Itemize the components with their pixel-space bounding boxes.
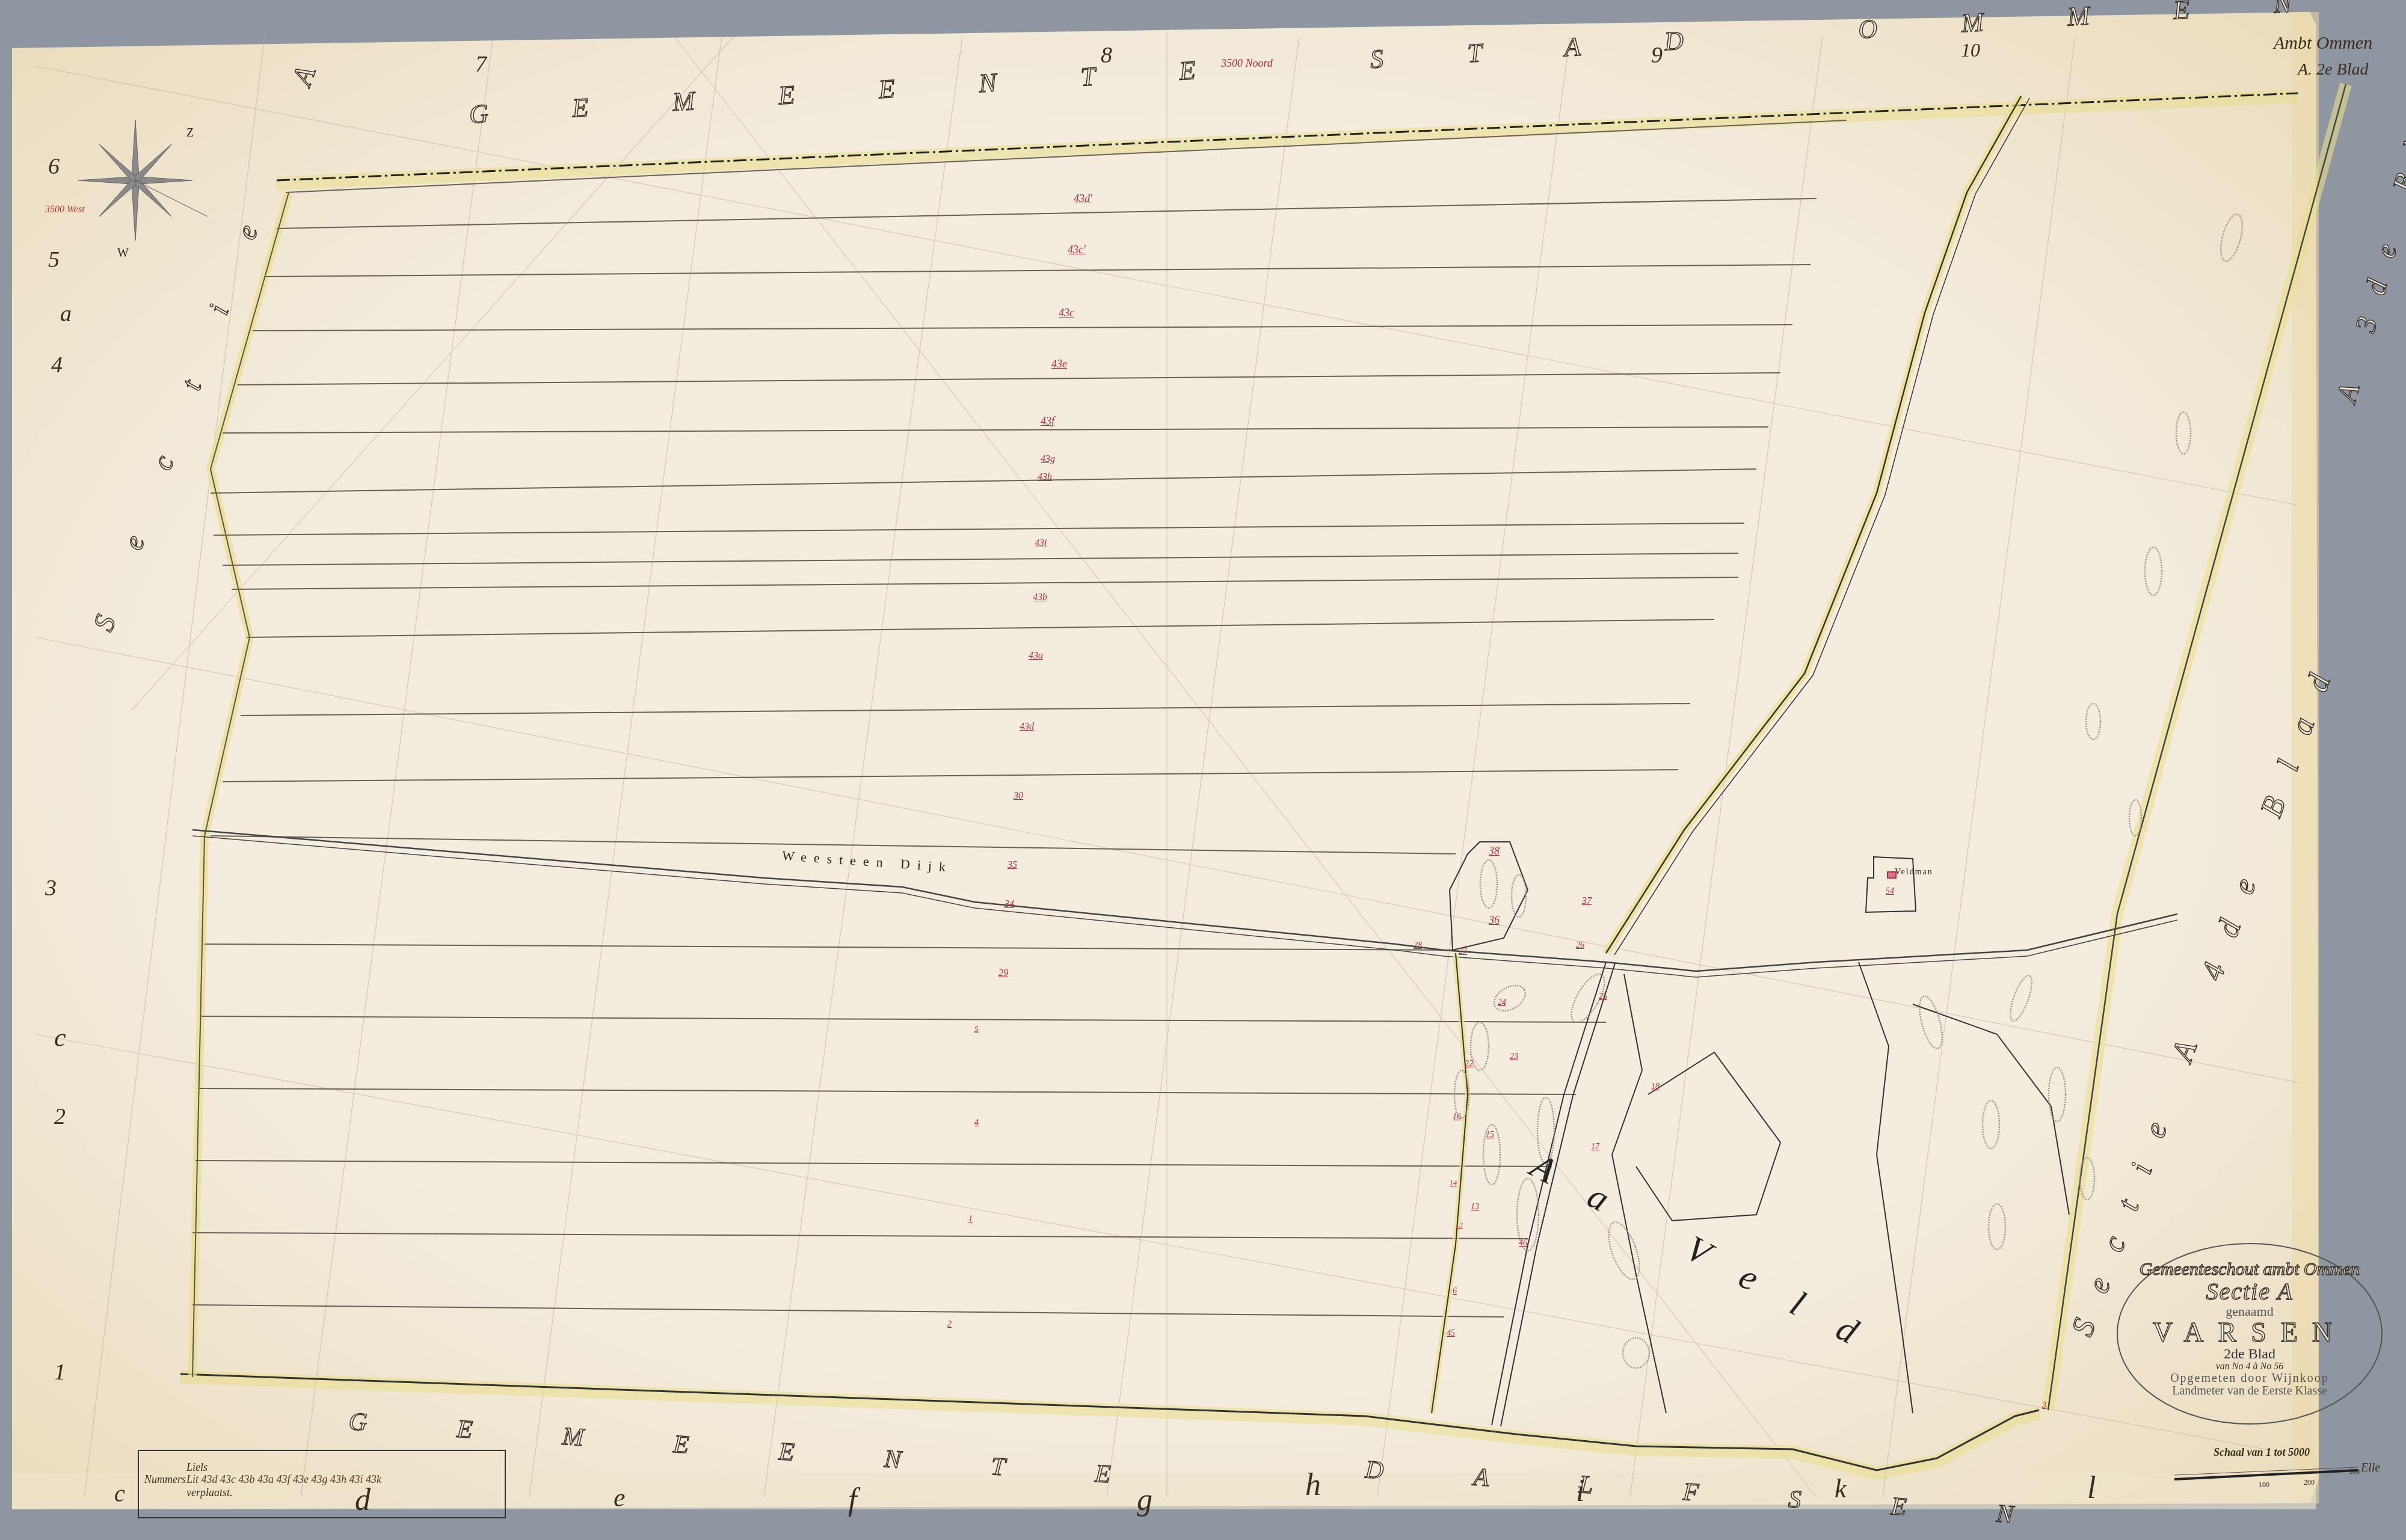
parcel-number: 27 [1459, 947, 1467, 957]
grid-number-top-8: 8 [1101, 42, 1112, 69]
cartouche-surveyor-title: Landmeter van de Eerste Klasse [2123, 1385, 2376, 1397]
grid-letter-bottom-i: i [1576, 1473, 1584, 1509]
legend-line-3: verplaatst. [186, 1486, 233, 1499]
parcel-number: 17 [1591, 1143, 1599, 1152]
paper-sheet [12, 12, 2319, 1509]
grid-number-top-7: 7 [475, 51, 487, 78]
parcel-number: 46 [1519, 1239, 1527, 1248]
distance-note-west: 3500 West [45, 204, 85, 215]
parcel-number: 43i [1035, 538, 1047, 549]
cartouche-title: Gemeenteschout ambt Ommen [2123, 1260, 2376, 1279]
parcel-number: 45 [1447, 1329, 1455, 1339]
parcel-number: 43b [1033, 592, 1047, 603]
legend-line-2: Lit 43d 43c 43b 43a 43f 43e 43g 43h 43i … [186, 1473, 381, 1486]
grid-number-left-2: 2 [54, 1103, 66, 1130]
parcel-number: 5 [974, 1025, 979, 1035]
title-cartouche: Gemeenteschout ambt Ommen Sectie A genaa… [2123, 1236, 2376, 1416]
distance-note-north: 3500 Noord [1221, 57, 1273, 70]
parcel-number: 26 [1576, 941, 1584, 951]
corner-label-sheet: A. 2e Blad [2298, 60, 2368, 79]
parcel-number: 3 [2042, 1401, 2046, 1411]
parcel-number: 29 [998, 968, 1008, 979]
cartouche-sectie: Sectie A [2123, 1279, 2376, 1304]
parcel-number: 23 [1510, 1052, 1518, 1062]
parcel-number: 22 [1465, 1060, 1473, 1069]
grid-letter-left-a: a [60, 301, 72, 327]
parcel-number: 24 [1498, 998, 1506, 1008]
compass-label-east: Z [186, 126, 194, 140]
parcel-number: 43g [1041, 454, 1055, 465]
cartouche-surveyor: Opgemeten door Wijnkoop [2123, 1372, 2376, 1385]
parcel-number: 36 [1489, 914, 1500, 927]
parcel-number: 28 [1414, 941, 1422, 951]
parcel-number: 43e [1051, 358, 1067, 370]
parcel-number: 43h [1038, 472, 1052, 483]
cartouche-range: van No 4 à No 56 [2123, 1362, 2376, 1372]
parcel-number: 38 [1489, 845, 1500, 857]
parcel-number: 12 [1456, 1221, 1463, 1230]
grid-letter-left-c: c [54, 1022, 66, 1053]
map-sheet: Ambt Ommen A. 2e Blad GEMEENTE STAD OMME… [12, 12, 2394, 1521]
legend-label: Nummers [144, 1473, 186, 1486]
parcel-number: 43c' [1068, 244, 1086, 256]
parcel-number: 15 [1486, 1130, 1494, 1140]
parcel-number: 43c [1059, 307, 1074, 319]
parcel-number: 6 [1453, 1287, 1457, 1296]
map-canvas [12, 12, 2394, 1521]
scale-tick-300: 300 [2349, 1467, 2360, 1476]
grid-number-left-5: 5 [48, 247, 60, 273]
grid-letter-bottom-g: g [1137, 1482, 1152, 1518]
legend-line-1: Liels [186, 1461, 208, 1474]
parcel-number: 43d [1020, 722, 1034, 732]
parcel-number: 16 [1453, 1112, 1461, 1122]
grid-letter-bottom-h: h [1305, 1467, 1321, 1503]
parcel-number: 13 [1471, 1203, 1479, 1212]
grid-letter-bottom-c: c [114, 1479, 125, 1508]
parcel-number: 2 [947, 1320, 952, 1330]
scale-tick-100: 100 [2259, 1480, 2269, 1489]
parcel-number: 14 [1450, 1179, 1457, 1188]
grid-letter-bottom-l: l [2087, 1470, 2096, 1506]
grid-number-left-6: 6 [48, 153, 60, 180]
grid-letter-bottom-f: f [848, 1482, 857, 1518]
compass-label-south: W [117, 247, 129, 260]
parcel-number: 43d' [1074, 192, 1092, 205]
parcel-number: 43f [1041, 415, 1054, 428]
scale-tick-200: 200 [2304, 1478, 2315, 1487]
parcel-number: 37 [1582, 896, 1592, 907]
grid-letter-bottom-k: k [1835, 1473, 1847, 1504]
corner-label-municipality: Ambt Ommen [2274, 33, 2372, 54]
parcel-number: 34 [1005, 899, 1014, 910]
cartouche-name: VARSEN [2123, 1318, 2376, 1347]
parcel-number: 1 [968, 1215, 973, 1224]
grid-letter-bottom-e: e [614, 1482, 626, 1513]
grid-number-left-1: 1 [54, 1359, 66, 1385]
parcel-number: 25 [1599, 992, 1607, 1002]
scale-unit: Elle [2361, 1461, 2380, 1475]
farm-parcel-number: 54 [1886, 887, 1894, 897]
parcel-number: 43a [1029, 651, 1043, 661]
parcel-number: 30 [1014, 791, 1023, 802]
grid-number-top-9: 9 [1651, 42, 1663, 69]
cartouche-genaamd: genaamd [2123, 1304, 2376, 1318]
farm-label: Veldman [1895, 868, 1933, 877]
scale-title: Schaal van 1 tot 5000 [2214, 1446, 2310, 1459]
parcel-number: 18 [1651, 1082, 1660, 1092]
parcel-number: 35 [1008, 860, 1017, 871]
grid-number-left-3: 3 [45, 875, 57, 901]
cartouche-sheet: 2de Blad [2123, 1347, 2376, 1362]
grid-number-left-4: 4 [51, 352, 63, 378]
grid-number-top-10: 10 [1961, 39, 1980, 61]
grid-letter-bottom-d: d [355, 1482, 371, 1518]
parcel-number: 4 [974, 1118, 979, 1128]
